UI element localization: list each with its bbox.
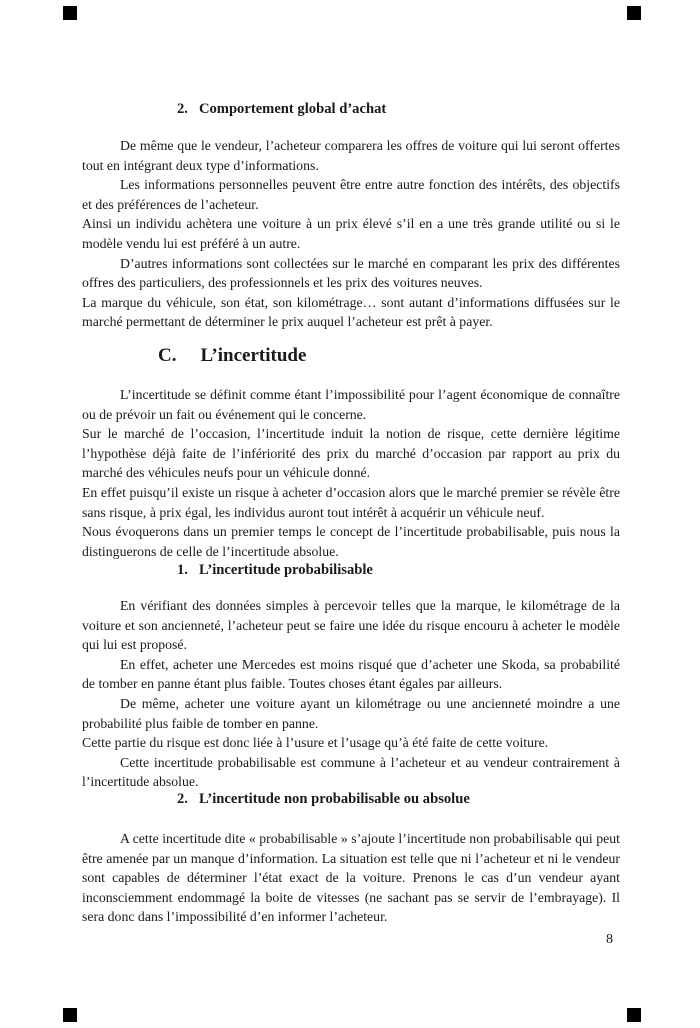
corner-mark-bottom-left bbox=[63, 1008, 77, 1022]
heading-title: L’incertitude non probabilisable ou abso… bbox=[199, 791, 470, 807]
paragraph: De même, acheter une voiture ayant un ki… bbox=[82, 694, 620, 733]
paragraph: Nous évoquerons dans un premier temps le… bbox=[82, 522, 620, 561]
section-uncertainty: L’incertitude se définit comme étant l’i… bbox=[82, 385, 620, 561]
paragraph: Cette incertitude probabilisable est com… bbox=[82, 753, 620, 792]
corner-mark-top-left bbox=[63, 6, 77, 20]
paragraph: Sur le marché de l’occasion, l’incertitu… bbox=[82, 424, 620, 483]
paragraph: Cette partie du risque est donc liée à l… bbox=[82, 733, 620, 753]
heading-title: Comportement global d’achat bbox=[199, 101, 386, 117]
paragraph: D’autres informations sont collectées su… bbox=[82, 254, 620, 293]
section-absolute-uncertainty: A cette incertitude dite « probabilisabl… bbox=[82, 829, 620, 927]
paragraph: Les informations personnelles peuvent êt… bbox=[82, 175, 620, 214]
section-probabilisable: En vérifiant des données simples à perce… bbox=[82, 596, 620, 792]
heading-purchase-behavior: 2.Comportement global d’achat bbox=[82, 100, 700, 120]
heading-number: 2. bbox=[177, 100, 188, 120]
paragraph: En effet puisqu’il existe un risque à ac… bbox=[82, 483, 620, 522]
page-number: 8 bbox=[606, 930, 613, 950]
paragraph: En vérifiant des données simples à perce… bbox=[82, 596, 620, 655]
heading-absolute-uncertainty: 2.L’incertitude non probabilisable ou ab… bbox=[82, 790, 700, 810]
heading-number: 2. bbox=[177, 790, 188, 810]
heading-title: L’incertitude probabilisable bbox=[199, 562, 373, 578]
paragraph: L’incertitude se définit comme étant l’i… bbox=[82, 385, 620, 424]
paragraph: La marque du véhicule, son état, son kil… bbox=[82, 293, 620, 332]
paragraph: A cette incertitude dite « probabilisabl… bbox=[82, 829, 620, 927]
heading-probabilisable: 1.L’incertitude probabilisable bbox=[82, 561, 700, 581]
paragraph: Ainsi un individu achètera une voiture à… bbox=[82, 214, 620, 253]
paragraph: De même que le vendeur, l’acheteur compa… bbox=[82, 136, 620, 175]
section-purchase-behavior: De même que le vendeur, l’acheteur compa… bbox=[82, 136, 620, 332]
heading-uncertainty: C.L’incertitude bbox=[82, 344, 696, 368]
heading-number: 1. bbox=[177, 561, 188, 581]
heading-number: C. bbox=[158, 344, 176, 368]
heading-title: L’incertitude bbox=[200, 345, 306, 366]
paragraph: En effet, acheter une Mercedes est moins… bbox=[82, 655, 620, 694]
corner-mark-bottom-right bbox=[627, 1008, 641, 1022]
document-page: 2.Comportement global d’achat De même qu… bbox=[0, 0, 700, 1028]
corner-mark-top-right bbox=[627, 6, 641, 20]
